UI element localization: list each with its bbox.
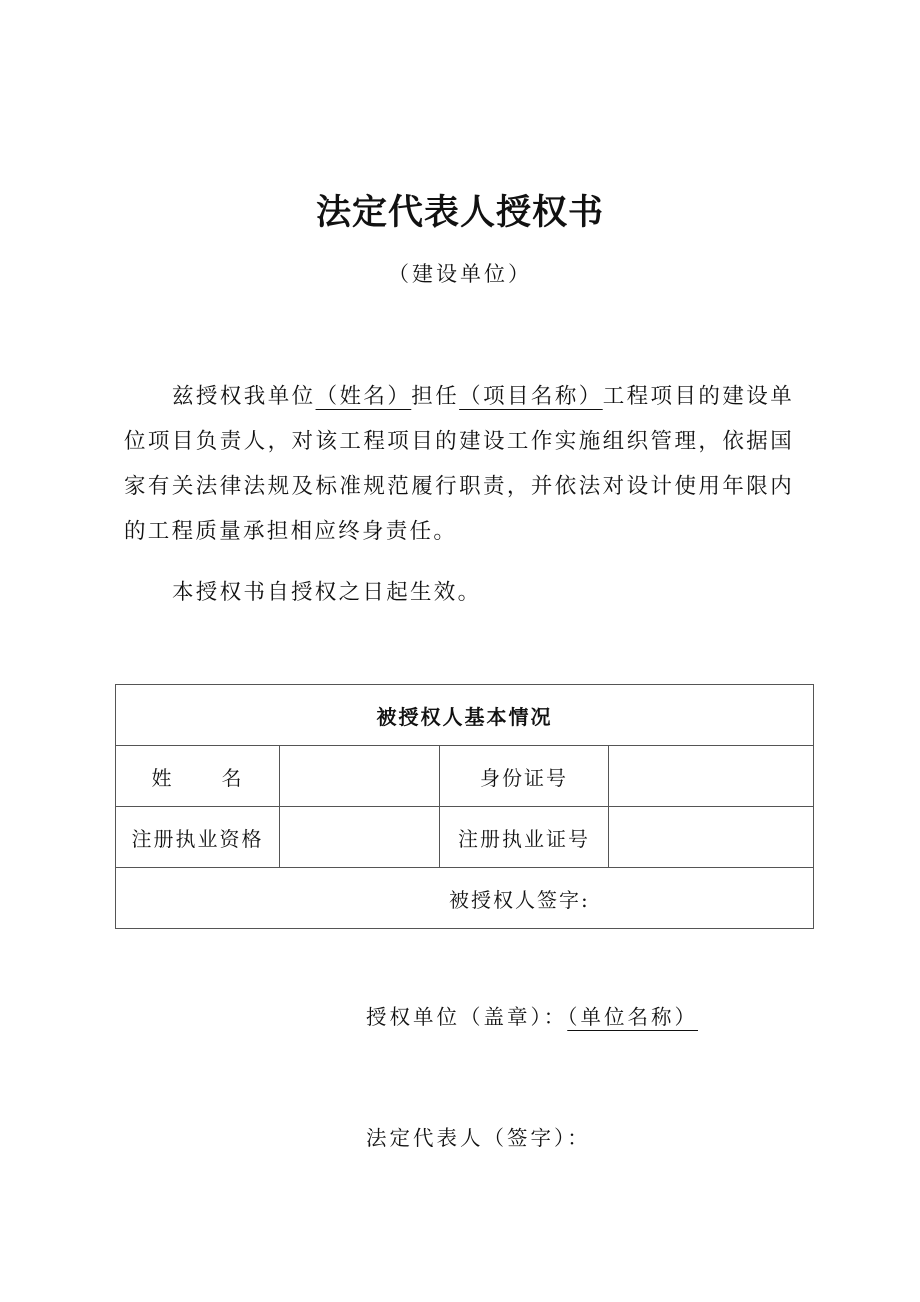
name-label-char-1: 姓 <box>152 762 174 791</box>
document-title: 法定代表人授权书 <box>0 188 920 238</box>
name-label-char-2: 名 <box>222 762 244 791</box>
unit-name-blank: （单位名称） <box>567 1005 698 1029</box>
authorizing-unit-line: 授权单位（盖章）：（单位名称） <box>366 1000 698 1034</box>
authorization-paragraph: 兹授权我单位（姓名）担任（项目名称）工程项目的建设单位项目负责人，对该工程项目的… <box>124 374 794 554</box>
project-name-blank: （项目名称） <box>459 384 603 409</box>
name-label: 姓名 <box>116 746 280 807</box>
id-number-value-cell[interactable] <box>609 746 814 807</box>
id-number-label: 身份证号 <box>440 746 609 807</box>
registration-number-label: 注册执业证号 <box>440 807 609 868</box>
registration-number-value-cell[interactable] <box>609 807 814 868</box>
grantee-signature-cell[interactable]: 被授权人签字: <box>116 868 814 929</box>
name-blank: （姓名） <box>316 384 412 409</box>
document-subtitle: （建设单位） <box>0 258 920 290</box>
grantee-info-table: 被授权人基本情况 姓名 身份证号 注册执业资格 注册执业证号 被授权人签字: <box>115 684 814 929</box>
table-row: 姓名 身份证号 <box>116 746 814 807</box>
effective-paragraph: 本授权书自授权之日起生效。 <box>124 570 794 615</box>
paragraph-text-2: 担任 <box>411 384 459 409</box>
name-value-cell[interactable] <box>280 746 440 807</box>
legal-representative-signature-line: 法定代表人（签字）： <box>366 1121 591 1155</box>
table-row: 注册执业资格 注册执业证号 <box>116 807 814 868</box>
paragraph-text-1: 兹授权我单位 <box>172 384 316 409</box>
authorizing-unit-label: 授权单位（盖章）： <box>366 1005 567 1029</box>
registered-qualification-label: 注册执业资格 <box>116 807 280 868</box>
table-header: 被授权人基本情况 <box>116 685 814 746</box>
registered-qualification-value-cell[interactable] <box>280 807 440 868</box>
